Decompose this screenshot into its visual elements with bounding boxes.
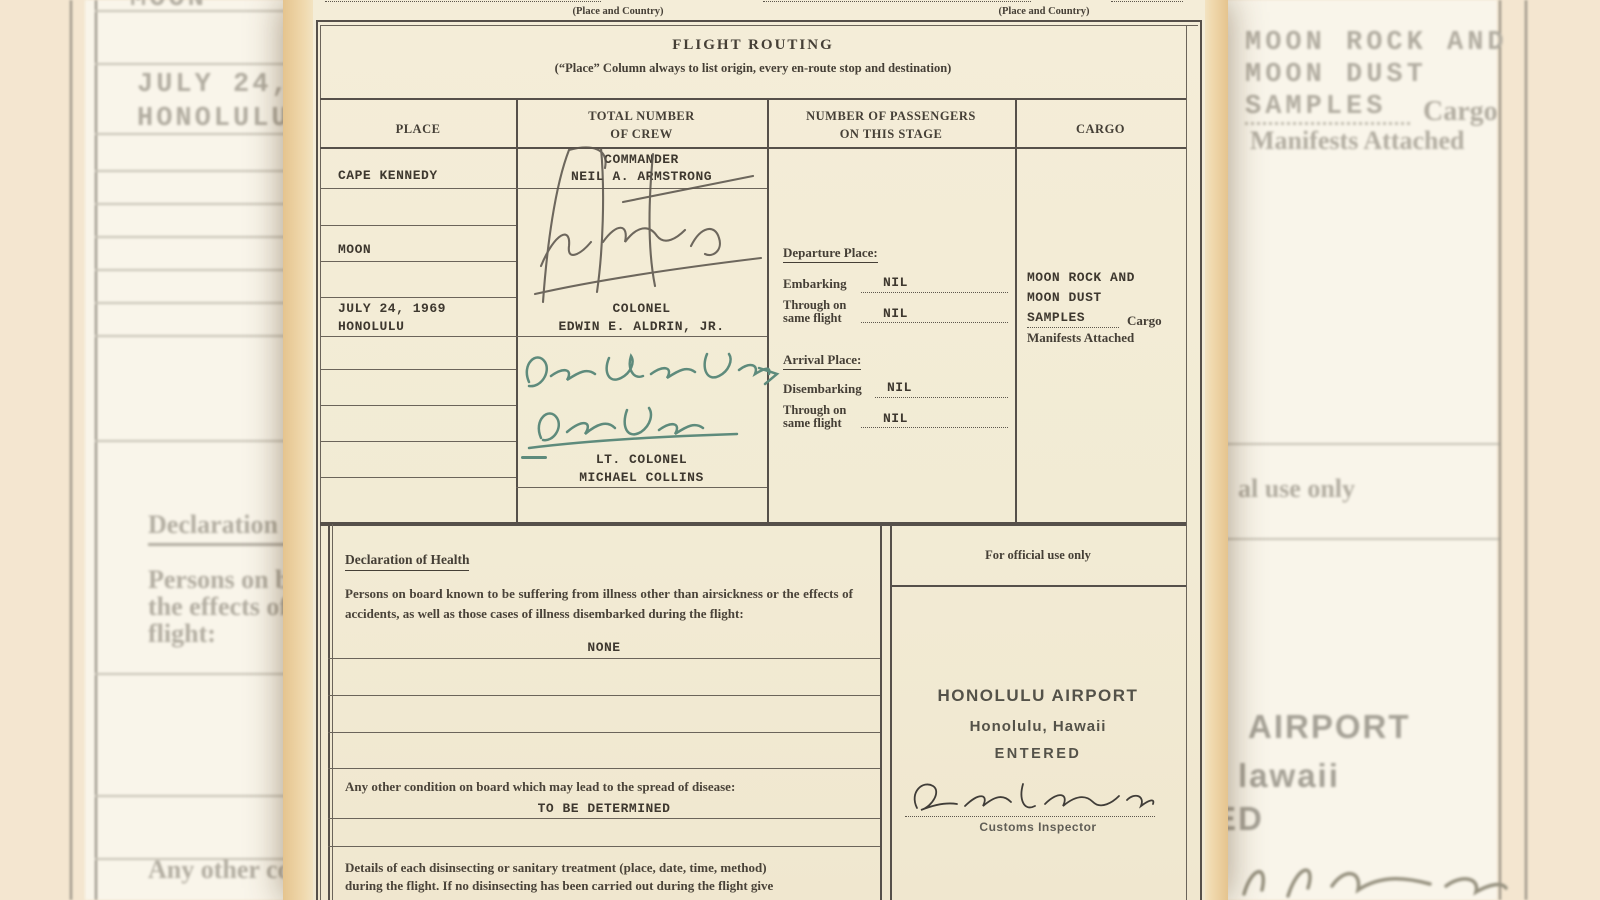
cargo-dotted-line [1027,327,1119,328]
inspector-signature-line [905,816,1155,817]
disembarking-value: NIL [887,380,912,395]
background-border-line [70,0,72,900]
column-header-place: PLACE [320,122,516,137]
arrival-heading: Arrival Place: [783,352,861,370]
table-row-line [320,297,516,298]
background-moon-fragment: MOON [130,0,207,14]
column-header-passengers: NUMBER OF PASSENGERS ON THIS STAGE [767,108,1015,143]
table-row-line [516,487,767,488]
health-row-line [328,695,880,696]
place-destination-date: JULY 24, 1969 [338,301,446,316]
disembarking-label: Disembarking [783,381,862,397]
table-row-line [320,405,516,406]
page-edge-left [283,0,313,900]
armstrong-signature [505,146,777,308]
background-health-para-line: the effects of [148,592,288,622]
health-box-border [880,524,882,900]
inspector-signature [901,774,1157,820]
form-border [316,20,1202,22]
background-cargo-line1: MOON ROCK AND [1245,28,1508,58]
column-header-cargo: CARGO [1015,122,1186,137]
background-dotted-line [1245,122,1410,125]
cargo-typed-line2: MOON DUST [1027,290,1102,305]
health-row-line [328,732,880,733]
health-box-border [328,524,330,900]
table-row-line [320,336,767,337]
table-row-line [320,441,516,442]
form-border [1186,25,1187,900]
field-dotted-line [763,1,1031,2]
through-label-departure: Through on same flight [783,299,846,325]
place-destination: HONOLULU [338,319,404,334]
table-row-line [320,477,516,478]
through-value-departure: NIL [883,306,908,321]
crew-name-aldrin: EDWIN E. ALDRIN, JR. [516,319,767,334]
background-manifests-label: Manifests Attached [1250,126,1464,156]
health-heading: Declaration of Health [345,552,469,571]
through-dotted-line [861,427,1008,428]
background-signature-fragment [1232,856,1512,900]
official-box-border [890,524,892,900]
collins-dash-mark [521,456,547,459]
background-bottom-fragment: Any other con [148,855,305,885]
stamp-airport-line: HONOLULU AIRPORT [890,686,1186,706]
official-box-line [890,585,1186,587]
embarking-label: Embarking [783,276,847,292]
section-line [320,524,1186,526]
background-border-line [1499,0,1501,900]
table-row-line [320,261,516,262]
health-question-2: Any other condition on board which may l… [345,777,853,797]
departure-heading: Departure Place: [783,245,878,263]
background-health-para-line: flight: [148,619,216,649]
background-airport-fragment: AIRPORT [1248,708,1411,746]
stamp-city-line: Honolulu, Hawaii [890,718,1186,735]
health-question-1: Persons on board known to be suffering f… [345,584,853,623]
background-cargo-label: Cargo [1423,96,1498,128]
inspector-title: Customs Inspector [890,820,1186,834]
stamp-entered-line: ENTERED [890,746,1186,762]
cargo-manifests-label: Manifests Attached [1027,330,1134,346]
crew-name-collins: MICHAEL COLLINS [516,470,767,485]
background-cargo-line3: SAMPLES [1245,92,1386,122]
place-stop: MOON [338,242,371,257]
page-edge-right [1205,0,1228,900]
background-official-fragment: al use only [1238,474,1355,504]
health-row-line [328,818,880,819]
background-date-line2: HONOLULU [137,104,291,134]
column-header-crew: TOTAL NUMBER OF CREW [516,108,767,143]
table-line [320,98,1186,100]
cargo-typed-line3: SAMPLES [1027,310,1085,325]
official-heading: For official use only [890,548,1186,563]
health-box-border [332,524,333,900]
disembarking-dotted-line [875,397,1008,398]
table-column-line [1015,98,1017,522]
aldrin-signature [519,340,781,396]
scan-viewport: MOON JULY 24, HONOLULU Declaration of Pe… [0,0,1600,900]
field-dotted-line [325,1,601,2]
embarking-dotted-line [861,292,1008,293]
through-value-arrival: NIL [883,411,908,426]
background-border-line [1525,0,1527,900]
customs-declaration-document: (Place and Country) (Place and Country) … [283,0,1228,900]
table-row-line [320,225,516,226]
form-border [320,25,1198,26]
routing-subtitle: (“Place” Column always to list origin, e… [320,61,1186,76]
table-row-line [320,369,516,370]
through-label-arrival: Through on same flight [783,404,846,430]
health-question-3-line2: during the flight. If no disinsecting ha… [345,876,853,896]
background-hawaii-fragment: lawaii [1238,757,1340,795]
field-caption-left: (Place and Country) [518,6,718,17]
background-table-line [95,0,97,900]
form-border [1200,20,1202,900]
field-caption-right: (Place and Country) [944,6,1144,17]
through-dotted-line [861,322,1008,323]
routing-title: FLIGHT ROUTING [320,37,1186,54]
health-question-3-line1: Details of each disinsecting or sanitary… [345,858,853,878]
cargo-typed-line1: MOON ROCK AND [1027,270,1135,285]
health-answer-1: NONE [328,640,880,655]
health-answer-2: TO BE DETERMINED [328,801,880,816]
place-origin: CAPE KENNEDY [338,168,438,183]
health-row-line [328,658,880,659]
health-row-line [328,768,880,769]
field-dotted-line [1111,1,1183,2]
background-cargo-line2: MOON DUST [1245,60,1427,90]
background-health-para-line: Persons on bo [148,565,303,595]
collins-signature [523,394,745,456]
background-date-line1: JULY 24, [137,70,291,100]
cargo-printed-label: Cargo [1127,313,1162,329]
form-border [320,25,321,900]
health-row-line [328,846,880,847]
form-border [316,20,318,900]
embarking-value: NIL [883,275,908,290]
